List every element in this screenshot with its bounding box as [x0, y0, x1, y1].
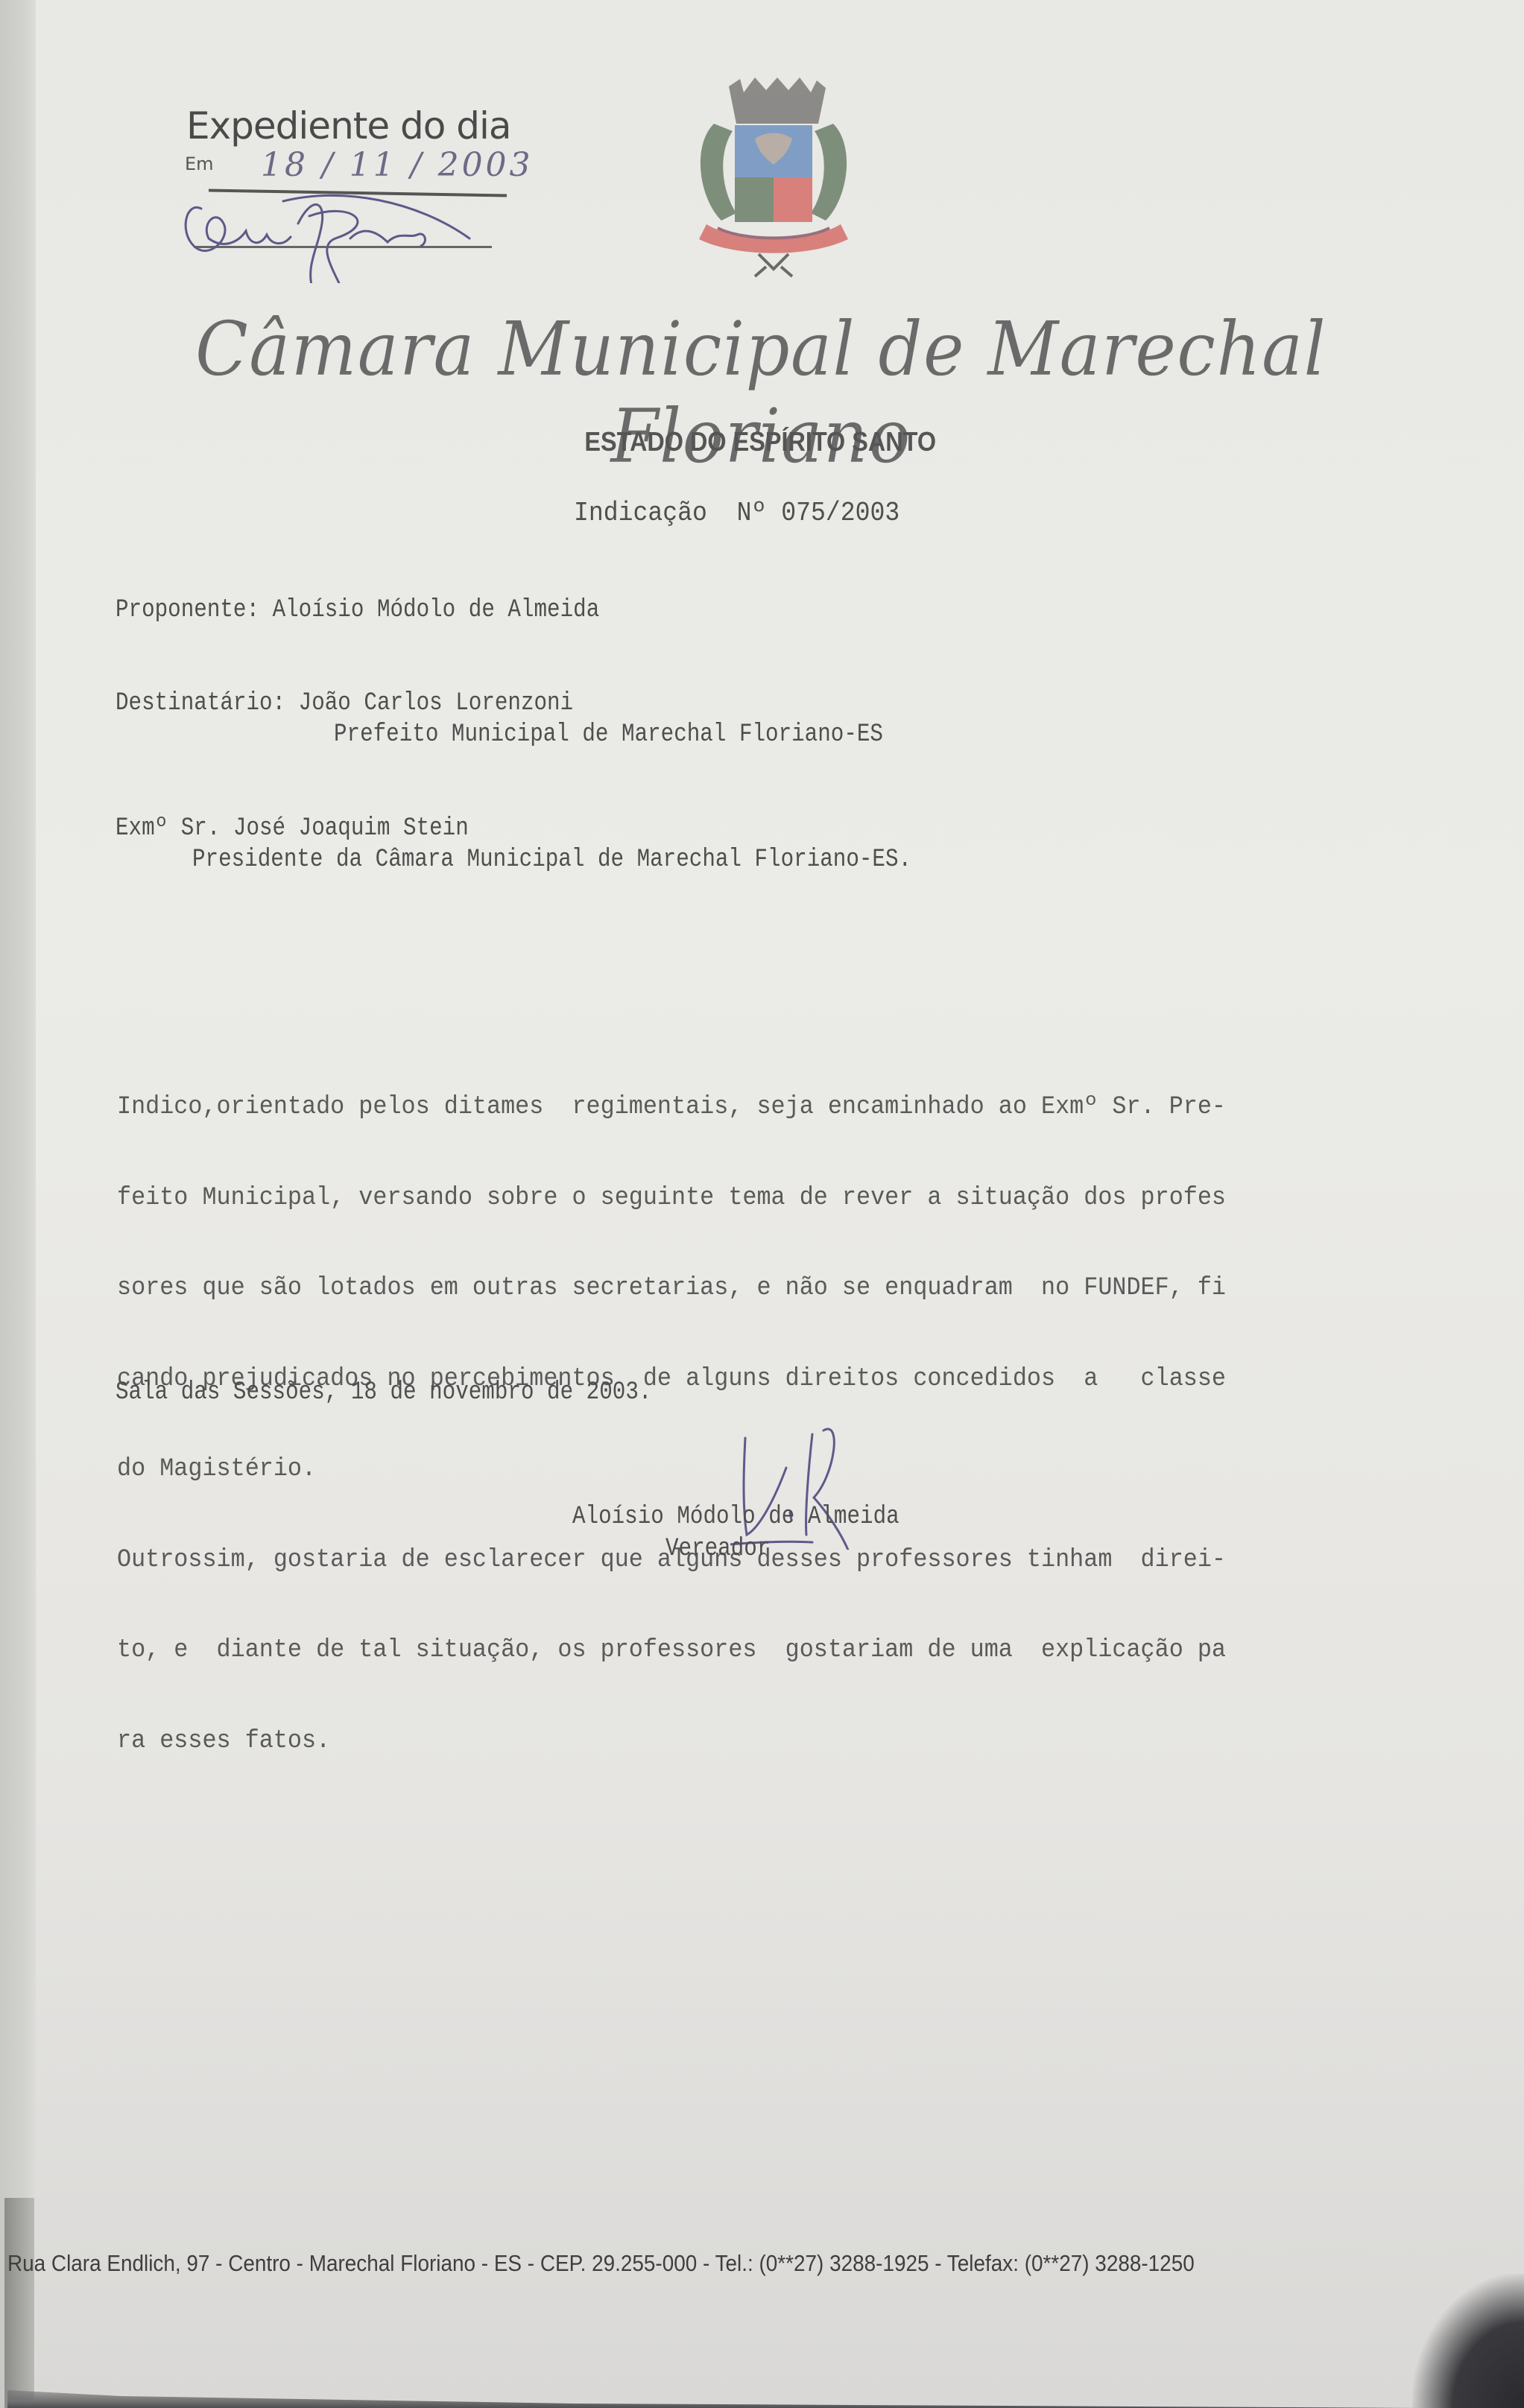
- footer-address: Rua Clara Endlich, 97 - Centro - Marecha…: [7, 2250, 1195, 2277]
- closing-line: Sala das Sessões, 18 de novembro de 2003…: [116, 1378, 651, 1407]
- addressee-line-1: Exmº Sr. José Joaquim Stein: [116, 814, 469, 843]
- recipient-name: João Carlos Lorenzoni: [299, 689, 573, 717]
- municipal-coat-of-arms-icon: [684, 72, 863, 280]
- document-body: Indico,orientado pelos ditames regimenta…: [117, 1032, 1226, 1816]
- page-edge-shadow-bottom: [4, 2198, 34, 2408]
- received-stamp: Expediente do dia Em 18 / 11 / 2003: [179, 104, 566, 283]
- addressee-line-2: Presidente da Câmara Municipal de Marech…: [192, 846, 911, 874]
- page-corner-shadow: [1412, 2274, 1524, 2408]
- recipient-label: Destinatário:: [116, 689, 285, 717]
- signer-role: Vereador: [665, 1535, 770, 1563]
- body-line: do Magistério.: [117, 1454, 1226, 1485]
- body-line: ra esses fatos.: [117, 1726, 1226, 1757]
- recipient-line: Destinatário: João Carlos Lorenzoni: [116, 689, 573, 717]
- recipient-title: Prefeito Municipal de Marechal Floriano-…: [334, 720, 883, 749]
- proponent-line: Proponente: Aloísio Módolo de Almeida: [116, 596, 599, 624]
- document-page: Expediente do dia Em 18 / 11 / 2003: [0, 0, 1524, 2408]
- page-edge-shadow: [0, 0, 36, 2408]
- document-number: Indicação Nº 075/2003: [574, 498, 899, 528]
- page-bottom-shadow: [7, 2378, 1423, 2408]
- letterhead-state: ESTADO DO ESPÍRITO SANTO: [75, 426, 1446, 457]
- proponent-label: Proponente:: [116, 596, 259, 624]
- body-line: sores que são lotados em outras secretar…: [117, 1273, 1226, 1304]
- stamp-signature-icon: [179, 179, 492, 283]
- body-line: feito Municipal, versando sobre o seguin…: [117, 1183, 1226, 1214]
- stamp-title: Expediente do dia: [186, 104, 511, 148]
- body-line: Indico,orientado pelos ditames regimenta…: [117, 1092, 1226, 1123]
- stamp-em-label: Em: [185, 153, 214, 174]
- proponent-name: Aloísio Módolo de Almeida: [273, 596, 600, 624]
- signer-name: Aloísio Módolo de Almeida: [572, 1503, 899, 1531]
- body-line: to, e diante de tal situação, os profess…: [117, 1635, 1226, 1666]
